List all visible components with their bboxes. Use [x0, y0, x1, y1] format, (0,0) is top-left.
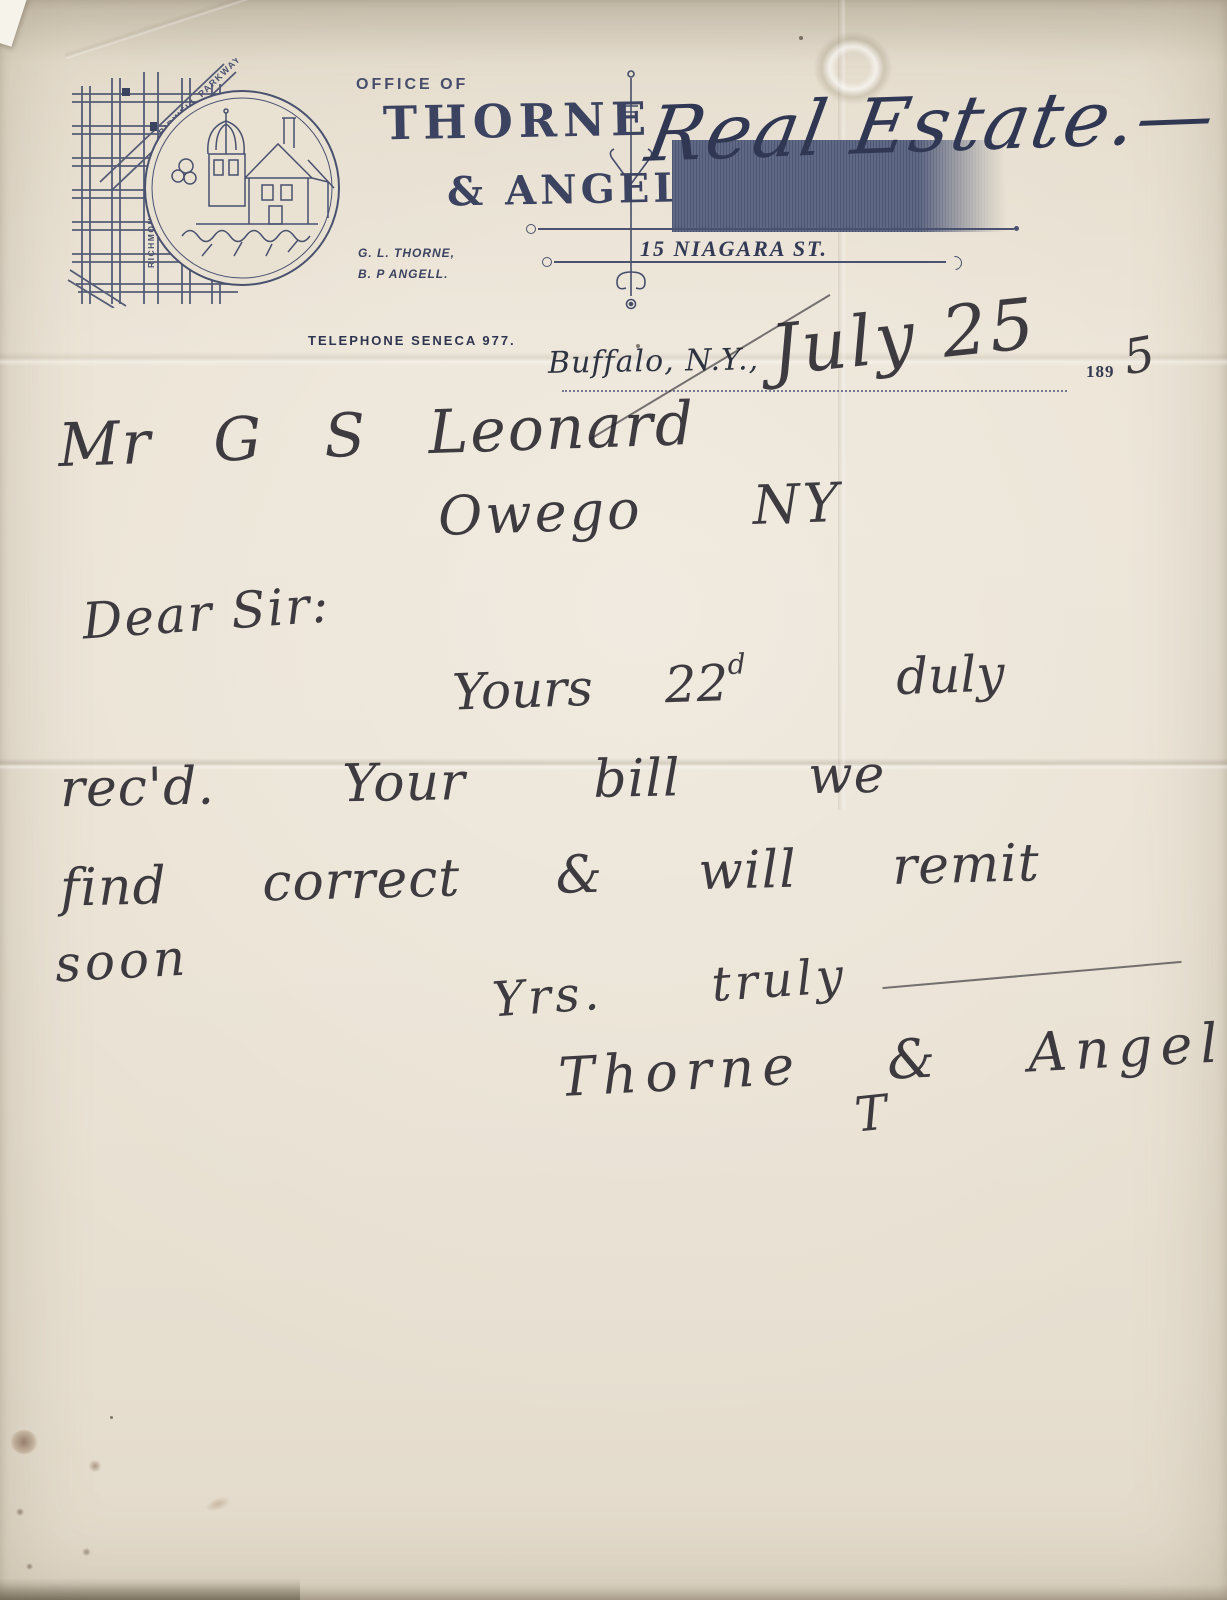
stain-spot	[16, 1508, 24, 1516]
printed-city-line: Buffalo, N.Y.,	[548, 342, 760, 381]
horizontal-rule-lower	[554, 261, 946, 263]
stain-spot	[26, 1563, 33, 1570]
signature: Thorne & Angell	[557, 1010, 1227, 1109]
handwritten-year-digit: 5	[1119, 326, 1159, 386]
ink-speck	[799, 36, 803, 40]
firm-name-line1: THORNE	[383, 92, 653, 151]
telephone-line: TELEPHONE SENECA 977.	[308, 333, 516, 348]
pen-flourish	[882, 961, 1181, 989]
body-line-1-word1: Yours	[451, 659, 593, 722]
stain-smudge	[204, 1494, 233, 1514]
map-building-block	[122, 88, 130, 96]
rule-terminal-circle	[542, 257, 552, 267]
rule-terminal-circle	[526, 224, 536, 234]
stain-spot	[10, 1430, 38, 1454]
body-line-3: find correct & will remit	[59, 833, 1040, 919]
salutation: Dear Sir:	[80, 575, 332, 650]
principal-name-thorne: G. L. THORNE,	[358, 246, 455, 260]
bottom-left-edge-shadow	[0, 1578, 300, 1600]
body-line-1-word3: duly	[895, 644, 1005, 706]
map-vignette-illustration: BIDWELL PARKWAY RICHMOND AVE.	[66, 58, 346, 308]
rule-terminal-curl	[945, 253, 965, 273]
recipient-city: Owego NY	[437, 471, 843, 548]
printed-year-prefix: 189	[1086, 362, 1115, 382]
handwritten-date: July 25	[766, 282, 1041, 392]
body-line-2: rec'd. Your bill we	[60, 745, 886, 819]
street-address: 15 NIAGARA ST.	[640, 236, 828, 262]
signature-initial: T	[852, 1084, 890, 1143]
top-edge-shadow	[0, 0, 1227, 62]
body-line-1-word2: 22	[664, 654, 730, 714]
body-line-4: soon	[54, 929, 191, 994]
house-vignette	[145, 91, 339, 285]
horizontal-rule-upper	[538, 228, 1014, 230]
real-estate-script: Real Estate.—	[640, 70, 1223, 179]
stain-spot	[88, 1460, 102, 1472]
closing-line: Yrs. truly	[490, 948, 848, 1029]
rule-terminal-dot	[1014, 226, 1019, 231]
principal-name-angell: B. P ANGELL.	[358, 267, 448, 281]
ink-speck	[110, 1416, 113, 1419]
body-line-1: Yours22dduly	[451, 638, 1005, 721]
office-of-label: OFFICE OF	[356, 76, 468, 94]
body-line-1-superscript: d	[727, 647, 746, 681]
stain-spot	[82, 1548, 91, 1556]
letter-scan: BIDWELL PARKWAY RICHMOND AVE.	[0, 0, 1227, 1600]
recipient-name: Mr G S Leonard	[57, 389, 696, 481]
